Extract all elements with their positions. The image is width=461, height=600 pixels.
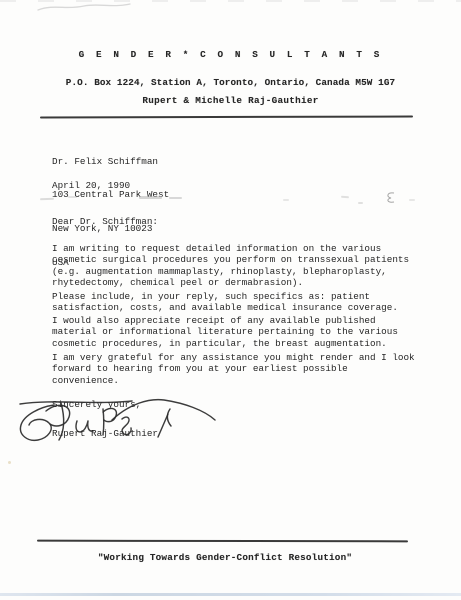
paper-speck — [8, 461, 11, 464]
pencil-scribble-mark — [36, 1, 136, 13]
letterhead-title: G E N D E R * C O N S U L T A N T S — [0, 49, 461, 60]
footer-slogan: "Working Towards Gender-Conflict Resolut… — [0, 552, 450, 563]
smudge-mark — [169, 197, 182, 199]
date-line: April 20, 1990 — [52, 180, 130, 191]
letterhead-divider — [40, 116, 413, 119]
body-paragraph: I would also appreciate receipt of any a… — [52, 315, 452, 349]
body-paragraph: I am very grateful for any assistance yo… — [52, 352, 452, 386]
smudge-mark — [341, 196, 349, 199]
letter-page: G E N D E R * C O N S U L T A N T S P.O.… — [0, 0, 461, 600]
signed-name: Rupert Raj-Gauthier — [52, 428, 158, 439]
smudge-mark — [358, 202, 363, 204]
smudge-mark — [283, 199, 289, 201]
body-paragraph: Please include, in your reply, such spec… — [52, 291, 452, 314]
scan-edge-artifact — [0, 593, 461, 596]
recipient-line: Dr. Felix Schiffman — [52, 156, 169, 167]
salutation: Dear Dr. Schiffman: — [52, 216, 158, 227]
smudge-mark — [68, 196, 77, 198]
smudge-mark — [409, 199, 415, 201]
smudge-mark — [139, 196, 162, 199]
letterhead-principals: Rupert & Michelle Raj-Gauthier — [0, 95, 461, 106]
letterhead-address: P.O. Box 1224, Station A, Toronto, Ontar… — [0, 77, 461, 88]
smudge-squiggle-mark — [384, 191, 397, 205]
footer-divider — [37, 540, 408, 543]
body-paragraph: I am writing to request detailed informa… — [52, 243, 452, 288]
handwritten-signature — [14, 396, 226, 452]
